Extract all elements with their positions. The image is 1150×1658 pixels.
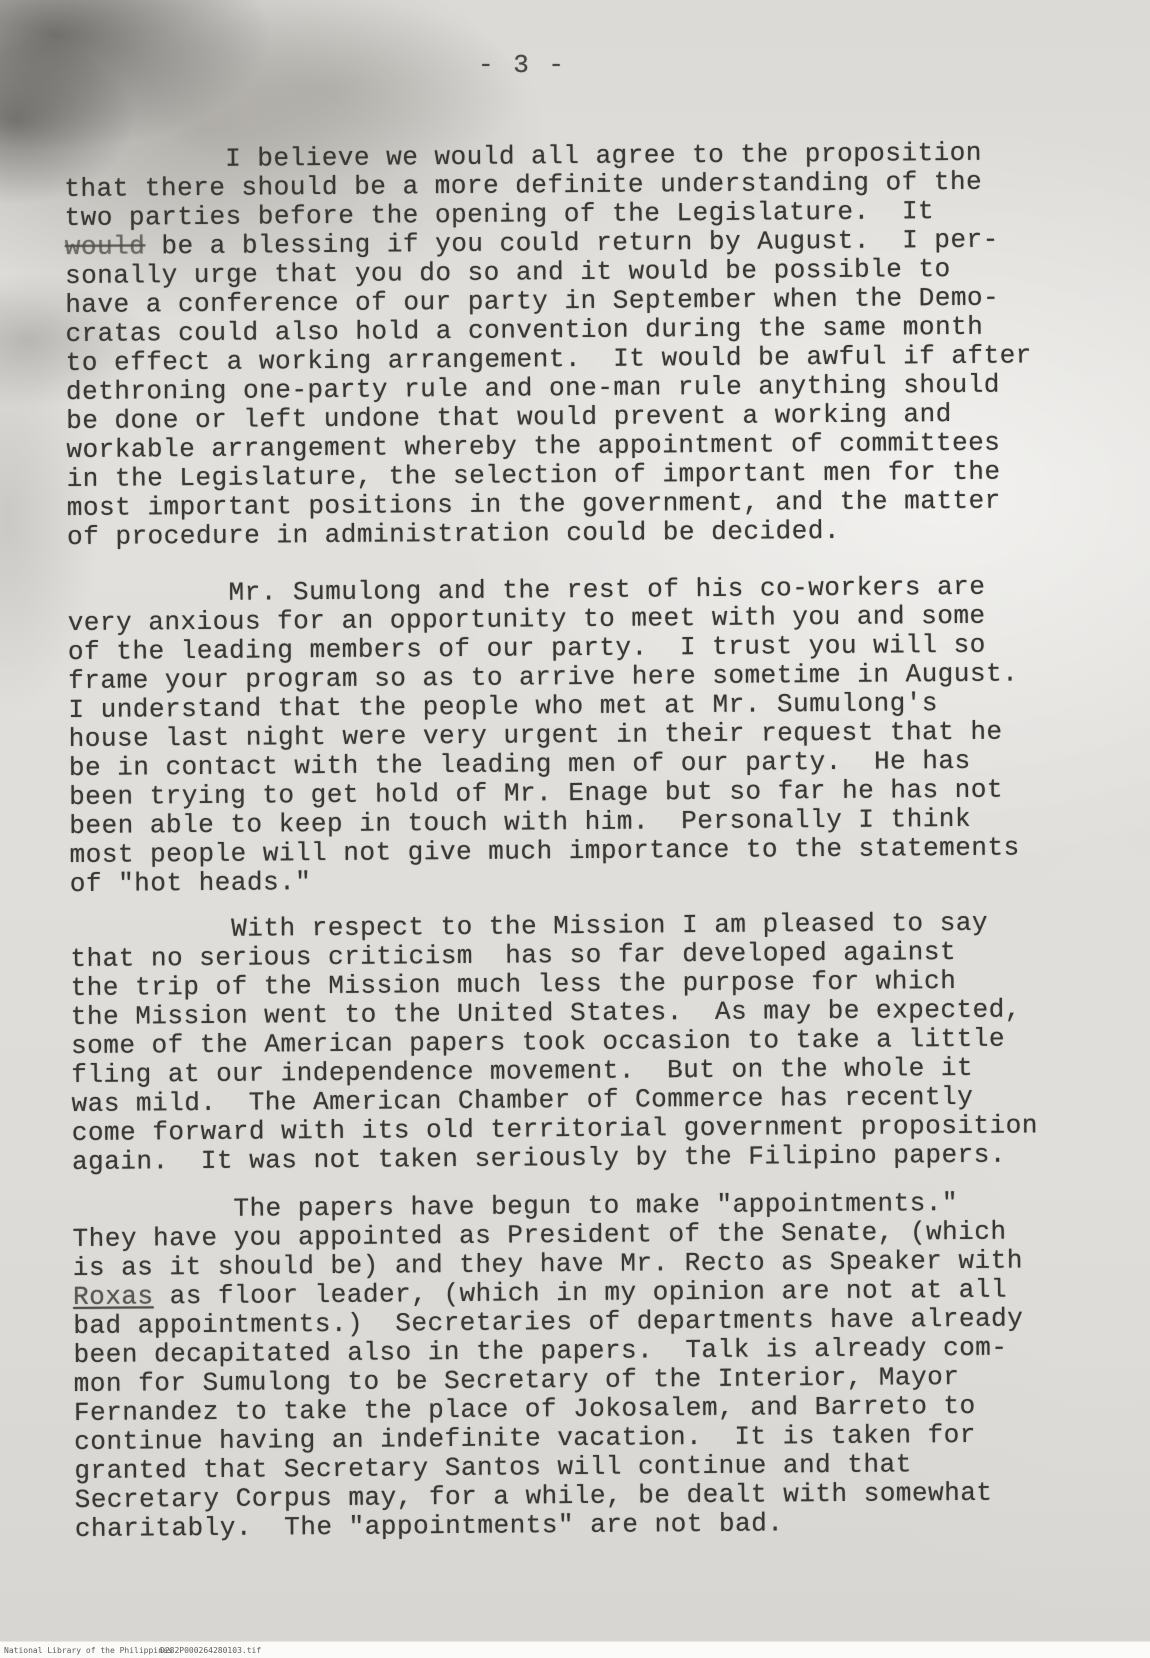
paragraph-1: I believe we would all agree to the prop… — [64, 138, 1087, 552]
page-number: - 3 - — [478, 50, 566, 80]
paragraph-4: The papers have begun to make "appointme… — [72, 1188, 1095, 1544]
footer-filename: D282P000264280103.tif — [160, 1646, 261, 1655]
typed-line: charitably. The "appointments" are not b… — [75, 1507, 1095, 1544]
paragraph-2: Mr. Sumulong and the rest of his co-work… — [67, 572, 1089, 899]
paragraph-3: With respect to the Mission I am pleased… — [70, 908, 1092, 1177]
struck-word: would — [65, 231, 146, 262]
footer-library-label: National Library of the Philippines — [4, 1646, 173, 1655]
typed-line: again. It was not taken seriously by the… — [72, 1140, 1092, 1177]
scanned-page: - 3 - I believe we would all agree to th… — [0, 0, 1150, 1642]
typed-line: of "hot heads." — [70, 862, 1090, 899]
letter-body: I believe we would all agree to the prop… — [64, 138, 1095, 1544]
scan-footer-bar: National Library of the Philippines D282… — [0, 1641, 1150, 1658]
underlined-word: Roxas — [73, 1281, 154, 1312]
typed-line: of procedure in administration could be … — [67, 515, 1087, 552]
